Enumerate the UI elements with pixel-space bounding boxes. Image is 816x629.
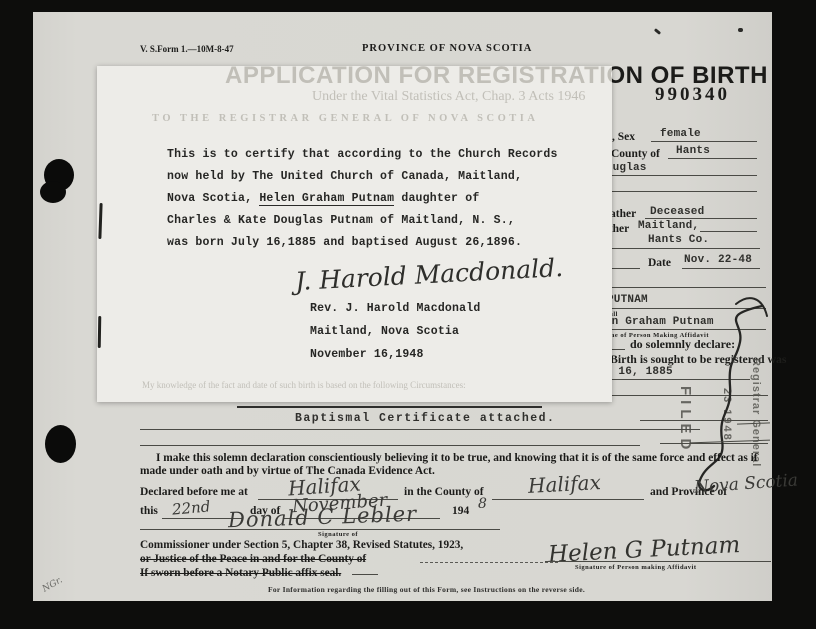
year-prefix-label: 194 bbox=[452, 505, 469, 517]
county-label: County of bbox=[611, 148, 660, 160]
applicant-signature-caption: Signature of Person making Affidavit bbox=[575, 564, 697, 571]
attachment-note: Baptismal Certificate attached. bbox=[295, 412, 555, 425]
certificate-line3-pre: Nova Scotia, bbox=[167, 192, 259, 205]
dash-mark bbox=[352, 574, 378, 575]
justice-line-struck: or Justice of the Peace in and for the C… bbox=[140, 553, 366, 565]
sex-value: female bbox=[660, 128, 701, 140]
father-status-value: Deceased bbox=[650, 206, 704, 218]
hole-punch bbox=[45, 425, 76, 463]
reverend-date: November 16,1948 bbox=[310, 348, 424, 361]
blank-line bbox=[598, 175, 757, 176]
reverend-signature: J. Harold Macdonald. bbox=[294, 253, 563, 296]
reverend-name: Rev. J. Harold Macdonald bbox=[310, 302, 480, 315]
commissioner-line: Commissioner under Section 5, Chapter 38… bbox=[140, 539, 463, 551]
certificate-line: now held by The United Church of Canada,… bbox=[167, 170, 522, 183]
blank-line bbox=[645, 218, 757, 219]
blank-line bbox=[598, 248, 760, 249]
rule-line bbox=[140, 445, 640, 446]
sex-label: , Sex bbox=[612, 131, 635, 143]
certificate-line: Nova Scotia, Helen Graham Putnam daughte… bbox=[167, 192, 479, 205]
blank-line bbox=[651, 141, 757, 142]
rule-line bbox=[140, 429, 700, 430]
signature-line bbox=[140, 529, 500, 530]
father-place-value: Maitland, bbox=[638, 220, 699, 232]
signature-of-caption: Signature of bbox=[318, 531, 358, 538]
reverend-place: Maitland, Nova Scotia bbox=[310, 325, 459, 338]
ghost-form-subtitle: Under the Vital Statistics Act, Chap. 3 … bbox=[312, 89, 585, 105]
date-value: Nov. 22-48 bbox=[684, 254, 752, 266]
declared-before-label: Declared before me at bbox=[140, 486, 248, 498]
section-rule bbox=[598, 287, 766, 288]
ghost-form-title: APPLICATION FOR REGISTRATION OF BIRTH bbox=[225, 66, 612, 90]
certificate-line: was born July 16,1885 and baptised Augus… bbox=[167, 236, 522, 249]
blank-line bbox=[682, 268, 760, 269]
ghost-addressee: TO THE REGISTRAR GENERAL OF NOVA SCOTIA bbox=[152, 113, 538, 124]
typed-rule bbox=[237, 406, 542, 408]
blank-line bbox=[598, 191, 757, 192]
certificate-name-underlined: Helen Graham Putnam bbox=[259, 192, 394, 206]
year-digit-handwritten: 8 bbox=[478, 496, 487, 512]
blank-line bbox=[612, 268, 640, 269]
pen-speck bbox=[738, 28, 743, 32]
certificate-line3-post: daughter of bbox=[394, 192, 479, 205]
certificate-line: Charles & Kate Douglas Putnam of Maitlan… bbox=[167, 214, 515, 227]
certificate-line: This is to certify that according to the… bbox=[167, 148, 558, 161]
day-handwritten: 22nd bbox=[171, 497, 211, 518]
signature-line bbox=[545, 561, 771, 562]
declared-county-handwritten: Halifax bbox=[527, 470, 601, 498]
date-label: Date bbox=[648, 257, 671, 269]
blank-line bbox=[668, 158, 757, 159]
this-label: this bbox=[140, 505, 158, 517]
hole-punch bbox=[40, 181, 66, 203]
scanned-document-page: V. S.Form 1.—10M-8-47 PROVINCE OF NOVA S… bbox=[0, 0, 816, 629]
ghost-circumstances-caption: My knowledge of the fact and date of suc… bbox=[142, 380, 466, 390]
baptismal-certificate-letter: APPLICATION FOR REGISTRATION OF BIRTH Un… bbox=[97, 66, 612, 402]
county-of-label: in the County of bbox=[404, 486, 484, 498]
province-header: PROVINCE OF NOVA SCOTIA bbox=[362, 43, 532, 54]
father-county-value: Hants Co. bbox=[648, 234, 709, 246]
notary-line-struck: If sworn before a Notary Public affix se… bbox=[140, 567, 341, 579]
serial-number-stamp: 990340 bbox=[655, 84, 730, 106]
declaration-body: I make this solemn declaration conscient… bbox=[140, 452, 774, 478]
county-value: Hants bbox=[676, 145, 710, 157]
blank-line bbox=[492, 499, 644, 500]
footer-instruction: For Information regarding the filling ou… bbox=[268, 585, 585, 594]
staple-mark bbox=[98, 316, 102, 348]
struck-blank-line bbox=[420, 562, 558, 563]
blank-line bbox=[700, 231, 757, 232]
form-code: V. S.Form 1.—10M-8-47 bbox=[140, 44, 234, 54]
